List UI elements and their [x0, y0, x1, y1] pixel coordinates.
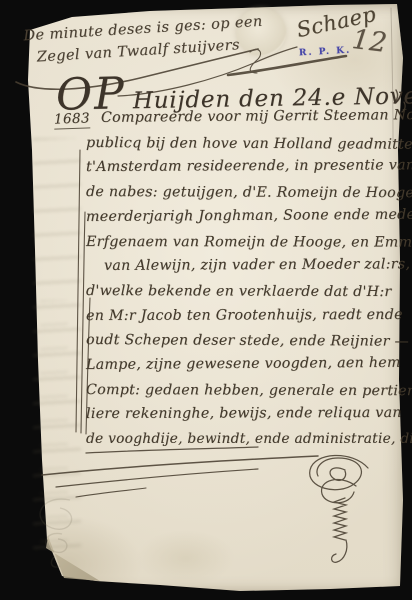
manuscript-line: de vooghdije, bewindt, ende administrati… — [86, 427, 398, 452]
manuscript-line: meerderjarigh Jonghman, Soone ende mede — [86, 203, 398, 230]
manuscript-line: Compareerde voor mij Gerrit Steeman Nots… — [86, 103, 398, 130]
manuscript-line: liere rekeninghe, bewijs, ende reliqua v… — [86, 401, 398, 427]
manuscript-line: van Alewijn, zijn vader en Moeder zal:rs… — [86, 253, 398, 279]
manuscript-line: de nabes: getuijgen, d'E. Romeijn de Hoo… — [86, 180, 398, 206]
manuscript-line: t'Amsterdam resideerende, in presentie v… — [86, 154, 398, 180]
folio-number: 12 — [350, 24, 389, 59]
year-marginal: 1683 — [54, 110, 91, 129]
manuscript-line: Erfgenaem van Romeijn de Hooge, en Emma — [86, 230, 398, 255]
manuscript-line: Lampe, zijne gewesene voogden, aen hem — [86, 351, 398, 378]
manuscript-line: d'welke bekende en verklaerde dat d'H:r — [86, 279, 398, 305]
manuscript-line: Compt: gedaen hebben, generale en pertie… — [86, 378, 398, 404]
manuscript-line: en M:r Jacob ten Grootenhuijs, raedt end… — [86, 303, 398, 329]
manuscript-scan: De minute deses is ges: op een Zegel van… — [0, 0, 412, 600]
body-text: Compareerde voor mij Gerrit Steeman Nots… — [86, 106, 398, 452]
